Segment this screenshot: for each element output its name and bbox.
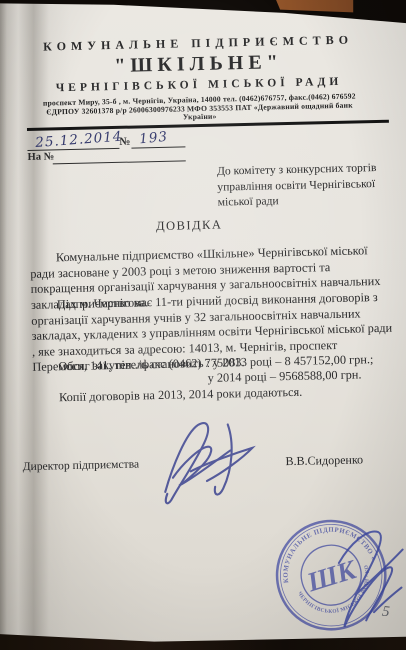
document-content: КОМУНАЛЬНЕ ПІДПРИЄМСТВО "ШКІЛЬНЕ" ЧЕРНІГ… (0, 0, 406, 650)
body-paragraph-copies: Копії договорів на 2013, 2014 роки додаю… (33, 383, 395, 407)
recipient-block: До комітету з конкурсних торгів управлін… (217, 160, 394, 210)
signature-icon (141, 411, 275, 510)
document-title: ДОВІДКА (0, 214, 379, 238)
page-number: 5 (381, 604, 390, 622)
na-no-underline (53, 160, 186, 164)
number-sign-label: № (119, 136, 130, 148)
na-no-label: На № (28, 151, 55, 163)
signatory-role: Директор підприємства (22, 458, 139, 474)
document-photo: КОМУНАЛЬНЕ ПІДПРИЄМСТВО "ШКІЛЬНЕ" ЧЕРНІГ… (0, 0, 406, 650)
signatory-name: В.В.Сидоренко (285, 452, 363, 469)
handwritten-number: 193 (139, 129, 169, 148)
stamp-signature-icon (324, 523, 406, 633)
number-underline (131, 146, 185, 149)
